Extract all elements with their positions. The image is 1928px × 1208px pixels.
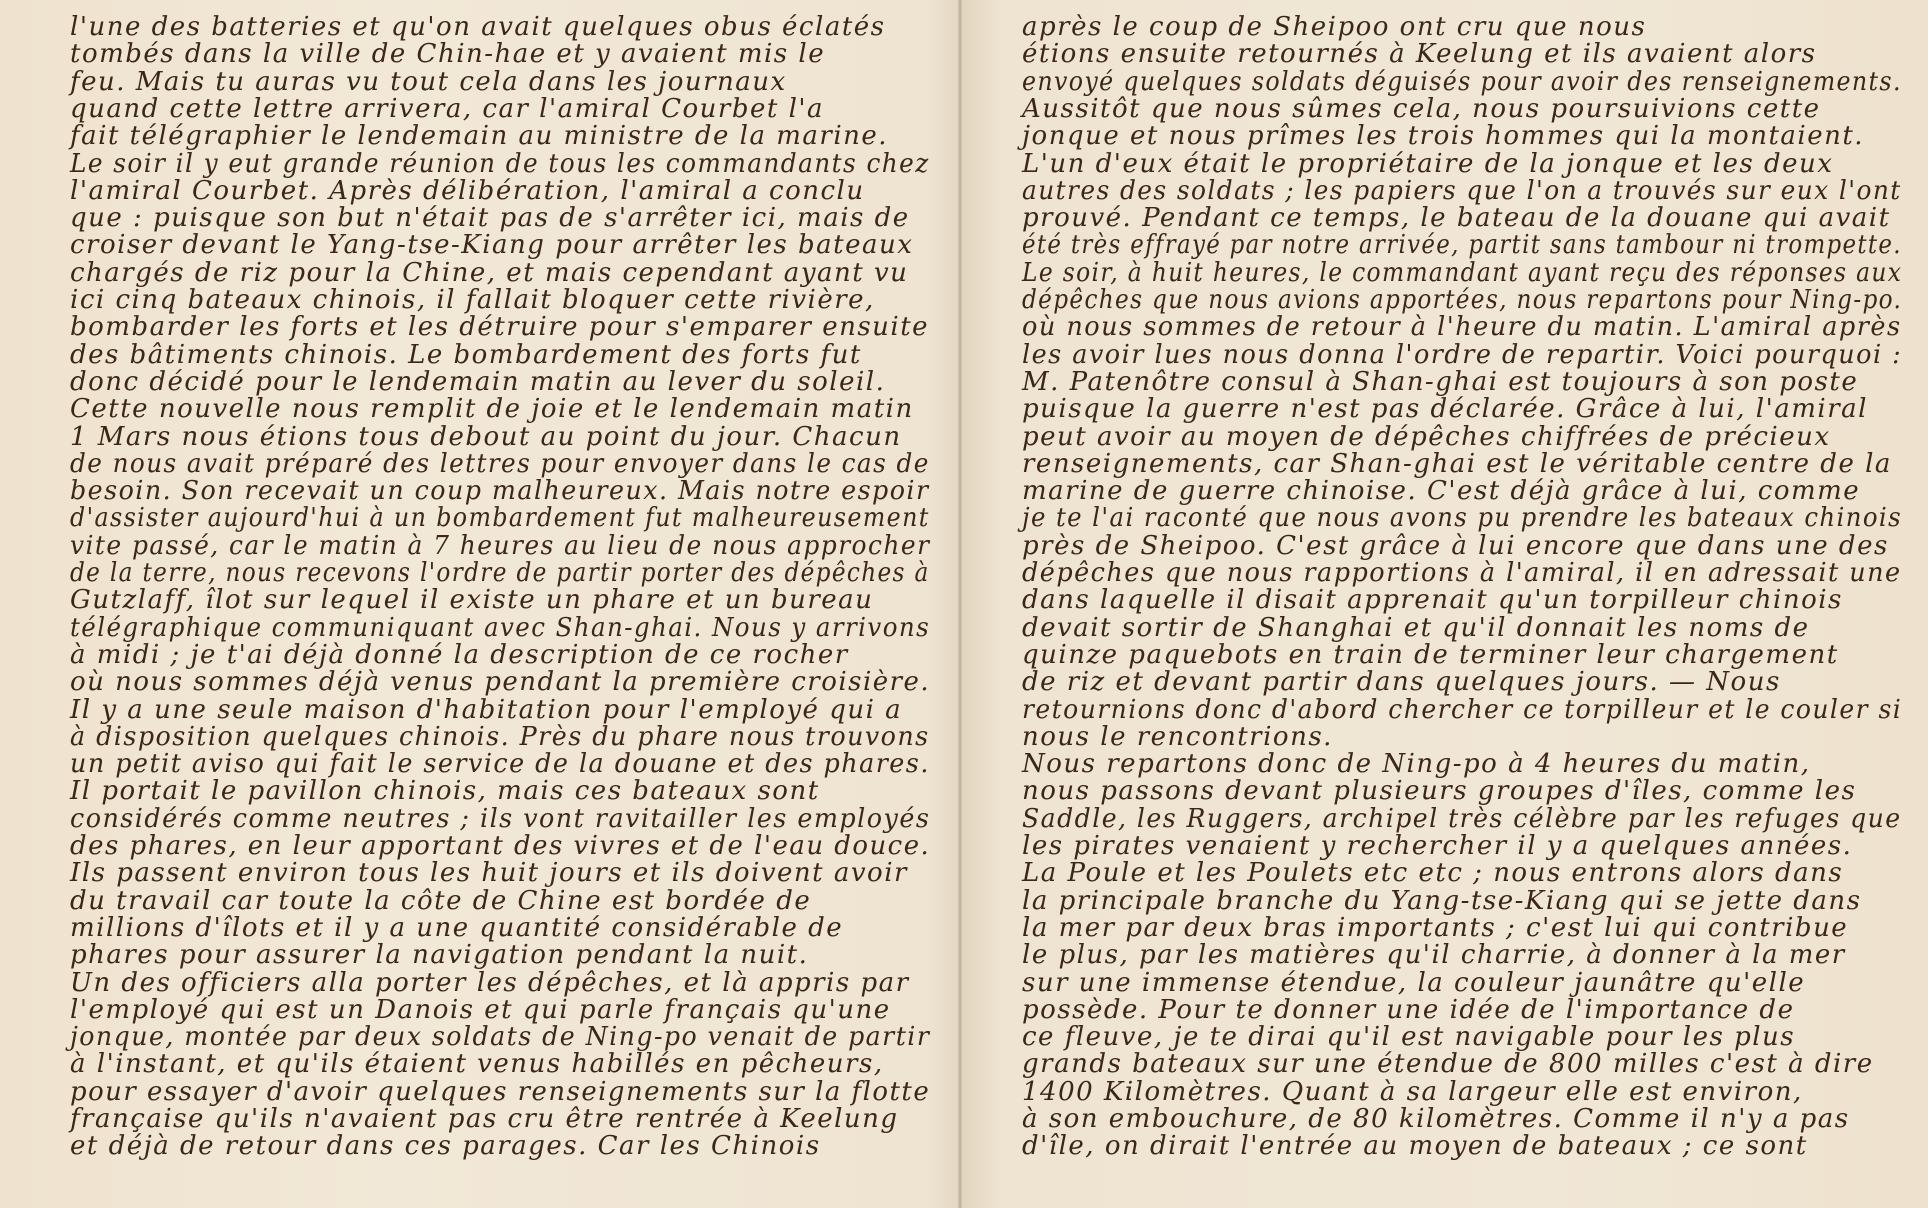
handwritten-line: marine de guerre chinoise. C'est déjà gr… xyxy=(1022,476,1860,506)
handwritten-line: Le soir il y eut grande réunion de tous … xyxy=(70,149,930,179)
handwritten-line: M. Patenôtre consul à Shan-ghai est touj… xyxy=(1022,367,1858,397)
handwritten-line: étions ensuite retournés à Keelung et il… xyxy=(1022,39,1817,69)
handwritten-line: d'île, on dirait l'entrée au moyen de ba… xyxy=(1022,1131,1808,1161)
handwritten-line: sur une immense étendue, la couleur jaun… xyxy=(1022,968,1805,998)
handwritten-line: les avoir lues nous donna l'ordre de rep… xyxy=(1022,340,1902,370)
handwritten-line: après le coup de Sheipoo ont cru que nou… xyxy=(1022,12,1646,42)
handwritten-line: besoin. Son recevait un coup malheureux.… xyxy=(70,476,930,506)
handwritten-line: française qu'ils n'avaient pas cru être … xyxy=(70,1104,899,1134)
handwritten-line: feu. Mais tu auras vu tout cela dans les… xyxy=(70,67,787,97)
handwritten-line: un petit aviso qui fait le service de la… xyxy=(70,749,930,779)
handwritten-line: devait sortir de Shanghai et qu'il donna… xyxy=(1022,613,1810,643)
handwritten-line: de riz et devant partir dans quelques jo… xyxy=(1022,667,1781,697)
handwritten-line: croiser devant le Yang-tse-Kiang pour ar… xyxy=(70,230,913,260)
handwritten-line: dans laquelle il disait apprenait qu'un … xyxy=(1022,585,1843,615)
handwritten-line: à disposition quelques chinois. Près du … xyxy=(70,722,930,752)
handwritten-line: millions d'îlots et il y a une quantité … xyxy=(70,913,843,943)
handwritten-line: fait télégraphier le lendemain au minist… xyxy=(70,121,888,151)
handwritten-line: bombarder les forts et les détruire pour… xyxy=(70,312,929,342)
handwritten-line: quand cette lettre arrivera, car l'amira… xyxy=(70,94,824,124)
handwritten-line: des bâtiments chinois. Le bombardement d… xyxy=(70,340,862,370)
handwritten-line: renseignements, car Shan-ghai est le vér… xyxy=(1022,449,1892,479)
handwritten-line: chargés de riz pour la Chine, et mais ce… xyxy=(70,258,908,288)
handwritten-line: où nous sommes déjà venus pendant la pre… xyxy=(70,667,930,697)
handwritten-line: peut avoir au moyen de dépêches chiffrée… xyxy=(1022,422,1831,452)
handwritten-line: dépêches que nous rapportions à l'amiral… xyxy=(1022,558,1902,588)
left-page: l'une des batteries et qu'on avait quelq… xyxy=(0,0,960,1208)
handwritten-line: l'amiral Courbet. Après délibération, l'… xyxy=(70,176,865,206)
handwritten-line: phares pour assurer la navigation pendan… xyxy=(70,940,808,970)
handwritten-line: La Poule et les Poulets etc etc ; nous e… xyxy=(1022,858,1843,888)
handwritten-line: la principale branche du Yang-tse-Kiang … xyxy=(1022,886,1862,916)
handwritten-line: Cette nouvelle nous remplit de joie et l… xyxy=(70,394,914,424)
handwritten-line: Aussitôt que nous sûmes cela, nous pours… xyxy=(1022,94,1821,124)
handwritten-line: considérés comme neutres ; ils vont ravi… xyxy=(70,804,930,834)
handwritten-line: de la terre, nous recevons l'ordre de pa… xyxy=(70,558,930,588)
handwritten-line: je te l'ai raconté que nous avons pu pre… xyxy=(1022,503,1902,533)
handwritten-line: télégraphique communiquant avec Shan-gha… xyxy=(70,613,930,643)
handwritten-line: prouvé. Pendant ce temps, le bateau de l… xyxy=(1022,203,1891,233)
handwritten-line: les pirates venaient y rechercher il y a… xyxy=(1022,831,1852,861)
handwritten-line: puisque la guerre n'est pas déclarée. Gr… xyxy=(1022,394,1868,424)
handwritten-line: à l'instant, et qu'ils étaient venus hab… xyxy=(70,1049,884,1079)
handwritten-line: près de Sheipoo. C'est grâce à lui encor… xyxy=(1022,531,1889,561)
handwritten-line: le plus, par les matières qu'il charrie,… xyxy=(1022,940,1846,970)
handwritten-line: de nous avait préparé des lettres pour e… xyxy=(70,449,930,479)
handwritten-line: à midi ; je t'ai déjà donné la descripti… xyxy=(70,640,849,670)
handwritten-line: nous le rencontrions. xyxy=(1022,722,1333,752)
handwritten-line: 1400 Kilomètres. Quant à sa largeur elle… xyxy=(1022,1077,1803,1107)
handwritten-line: où nous sommes de retour à l'heure du ma… xyxy=(1022,312,1902,342)
handwritten-line: la mer par deux bras importants ; c'est … xyxy=(1022,913,1848,943)
handwritten-line: quinze paquebots en train de terminer le… xyxy=(1022,640,1839,670)
handwritten-line: et déjà de retour dans ces parages. Car … xyxy=(70,1131,821,1161)
handwritten-line: retournions donc d'abord chercher ce tor… xyxy=(1022,695,1902,725)
handwritten-line: été très effrayé par notre arrivée, part… xyxy=(1022,230,1902,260)
handwritten-line: Nous repartons donc de Ning-po à 4 heure… xyxy=(1022,749,1811,779)
handwritten-line: Il portait le pavillon chinois, mais ces… xyxy=(70,776,820,806)
handwritten-line: des phares, en leur apportant des vivres… xyxy=(70,831,930,861)
handwritten-line: ici cinq bateaux chinois, il fallait blo… xyxy=(70,285,875,315)
handwritten-line: d'assister aujourd'hui à un bombardement… xyxy=(70,503,930,533)
handwritten-line: donc décidé pour le lendemain matin au l… xyxy=(70,367,885,397)
handwritten-line: pour essayer d'avoir quelques renseignem… xyxy=(70,1077,930,1107)
handwritten-line: l'une des batteries et qu'on avait quelq… xyxy=(70,12,886,42)
handwritten-line: vite passé, car le matin à 7 heures au l… xyxy=(70,531,930,561)
handwritten-line: Il y a une seule maison d'habitation pou… xyxy=(70,695,902,725)
handwritten-line: L'un d'eux était le propriétaire de la j… xyxy=(1022,149,1833,179)
right-page: après le coup de Sheipoo ont cru que nou… xyxy=(962,0,1928,1208)
handwritten-line: possède. Pour te donner une idée de l'im… xyxy=(1022,995,1794,1025)
handwritten-line: Un des officiers alla porter les dépêche… xyxy=(70,968,910,998)
handwritten-line: autres des soldats ; les papiers que l'o… xyxy=(1022,176,1902,206)
handwritten-line: 1 Mars nous étions tous debout au point … xyxy=(70,422,902,452)
letter-spread: l'une des batteries et qu'on avait quelq… xyxy=(0,0,1928,1208)
handwritten-line: grands bateaux sur une étendue de 800 mi… xyxy=(1022,1049,1874,1079)
handwritten-line: du travail car toute la côte de Chine es… xyxy=(70,886,811,916)
handwritten-line: que : puisque son but n'était pas de s'a… xyxy=(70,203,910,233)
handwritten-line: dépêches que nous avions apportées, nous… xyxy=(1022,285,1902,315)
handwritten-line: ce fleuve, je te dirai qu'il est navigab… xyxy=(1022,1022,1795,1052)
handwritten-line: nous passons devant plusieurs groupes d'… xyxy=(1022,776,1856,806)
handwritten-line: jonque, montée par deux soldats de Ning-… xyxy=(70,1022,930,1052)
handwritten-line: l'employé qui est un Danois et qui parle… xyxy=(70,995,891,1025)
handwritten-line: Saddle, les Ruggers, archipel très célèb… xyxy=(1022,804,1902,834)
handwritten-line: jonque et nous prîmes les trois hommes q… xyxy=(1022,121,1864,151)
handwritten-line: à son embouchure, de 80 kilomètres. Comm… xyxy=(1022,1104,1850,1134)
handwritten-line: envoyé quelques soldats déguisés pour av… xyxy=(1022,67,1902,97)
handwritten-line: Gutzlaff, îlot sur lequel il existe un p… xyxy=(70,585,873,615)
handwritten-line: Le soir, à huit heures, le commandant ay… xyxy=(1022,258,1902,288)
handwritten-line: tombés dans la ville de Chin-hae et y av… xyxy=(70,39,825,69)
handwritten-line: Ils passent environ tous les huit jours … xyxy=(70,858,908,888)
